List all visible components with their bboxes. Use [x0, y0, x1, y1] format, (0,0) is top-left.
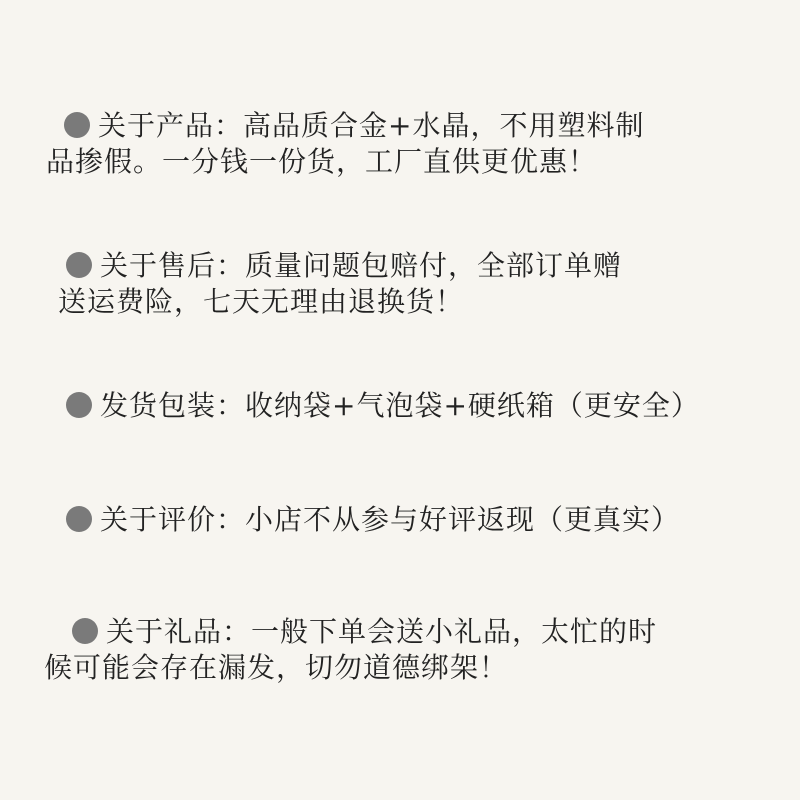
notice-after-sales-text-1: 关于售后：质量问题包赔付，全部订单赠	[100, 249, 622, 282]
notice-product-text-1: 关于产品：高品质合金+水晶，不用塑料制	[98, 109, 644, 142]
notice-gifts-line-1: 关于礼品：一般下单会送小礼品，太忙的时	[72, 614, 657, 650]
notice-gifts-line-2: 候可能会存在漏发，切勿道德绑架！	[44, 650, 657, 686]
notice-after-sales-line-1: 关于售后：质量问题包赔付，全部订单赠	[66, 248, 622, 284]
bullet-circle-icon	[66, 506, 92, 532]
notice-gifts: 关于礼品：一般下单会送小礼品，太忙的时 候可能会存在漏发，切勿道德绑架！	[72, 614, 657, 686]
bullet-circle-icon	[66, 392, 92, 418]
notice-after-sales-text-2: 送运费险，七天无理由退换货！	[58, 285, 464, 318]
notice-packaging-text-1: 发货包装：收纳袋+气泡袋+硬纸箱（更安全）	[100, 389, 700, 422]
notice-after-sales: 关于售后：质量问题包赔付，全部订单赠 送运费险，七天无理由退换货！	[66, 248, 622, 320]
notice-product-line-2: 品掺假。一分钱一份货，工厂直供更优惠！	[46, 144, 644, 180]
notice-after-sales-line-2: 送运费险，七天无理由退换货！	[58, 284, 622, 320]
notice-reviews-text-1: 关于评价：小店不从参与好评返现（更真实）	[100, 503, 680, 536]
notice-product-line-1: 关于产品：高品质合金+水晶，不用塑料制	[64, 108, 644, 144]
notice-product: 关于产品：高品质合金+水晶，不用塑料制 品掺假。一分钱一份货，工厂直供更优惠！	[64, 108, 644, 180]
notice-gifts-text-1: 关于礼品：一般下单会送小礼品，太忙的时	[106, 615, 657, 648]
notice-gifts-text-2: 候可能会存在漏发，切勿道德绑架！	[44, 651, 508, 684]
notice-product-text-2: 品掺假。一分钱一份货，工厂直供更优惠！	[46, 145, 597, 178]
notice-packaging-line-1: 发货包装：收纳袋+气泡袋+硬纸箱（更安全）	[66, 388, 700, 424]
notice-packaging: 发货包装：收纳袋+气泡袋+硬纸箱（更安全）	[66, 388, 700, 424]
notice-reviews-line-1: 关于评价：小店不从参与好评返现（更真实）	[66, 502, 680, 538]
bullet-circle-icon	[66, 252, 92, 278]
bullet-circle-icon	[64, 112, 90, 138]
notice-reviews: 关于评价：小店不从参与好评返现（更真实）	[66, 502, 680, 538]
bullet-circle-icon	[72, 618, 98, 644]
